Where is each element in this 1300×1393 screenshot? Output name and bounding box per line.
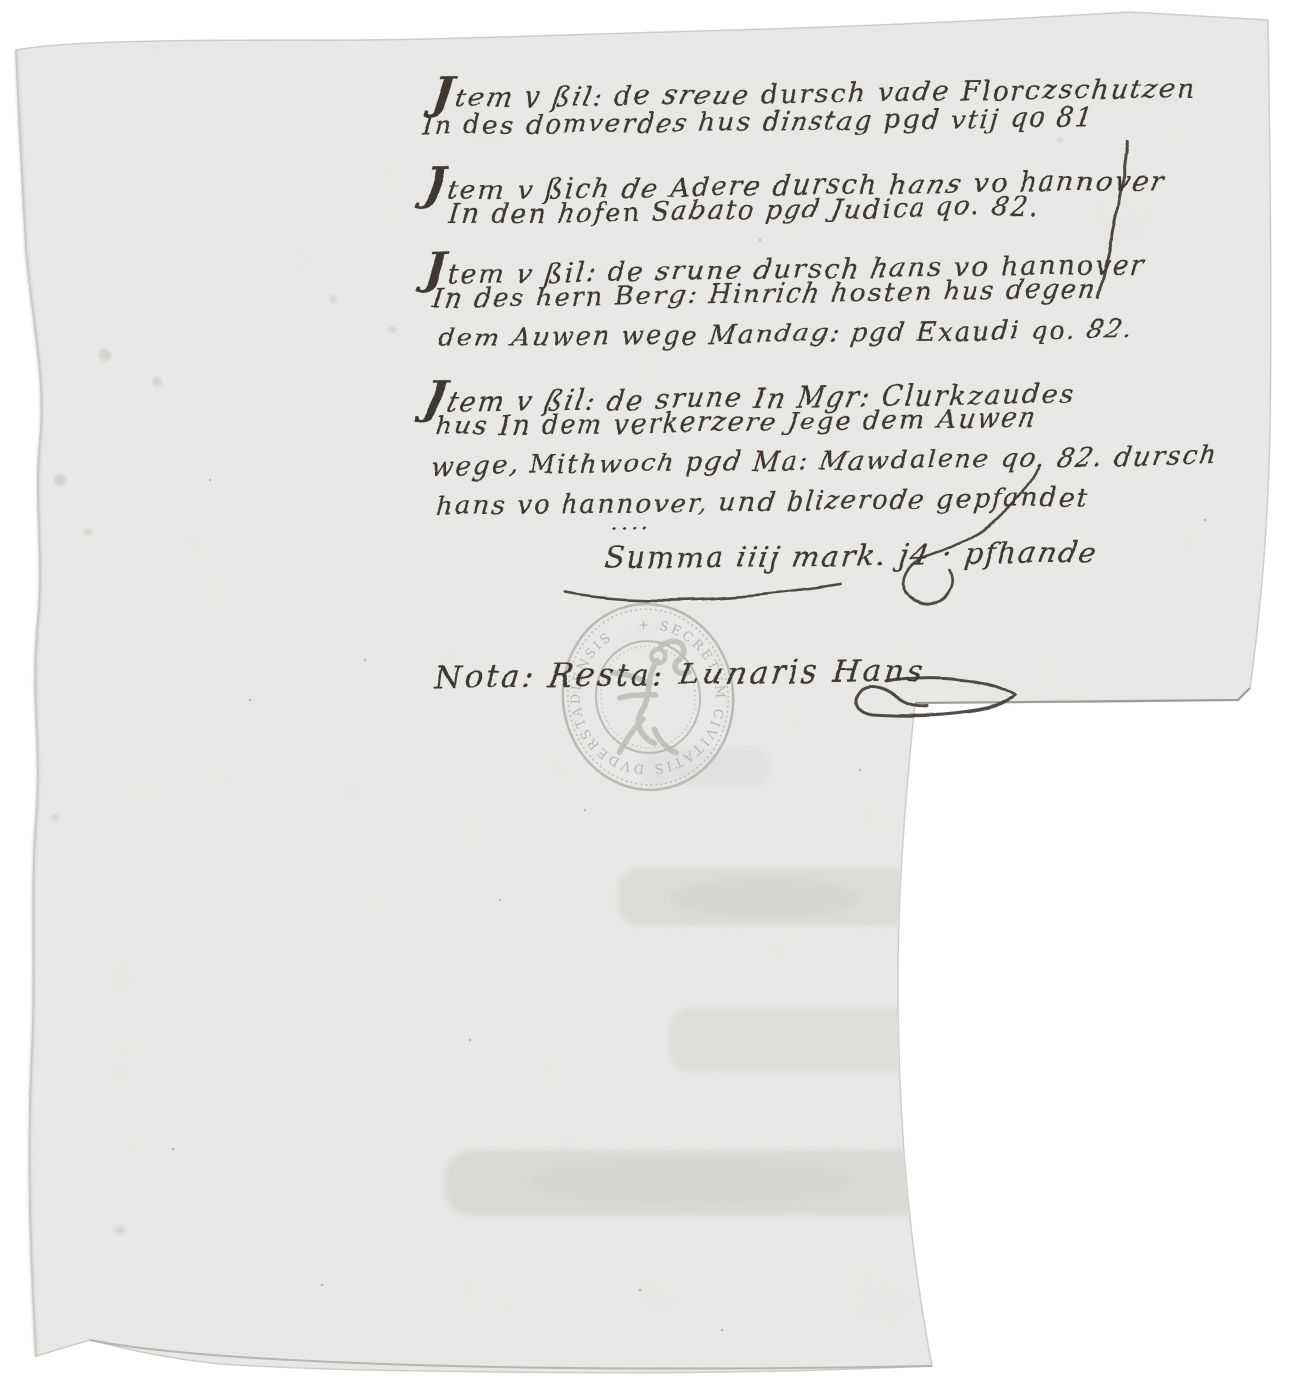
stain-spot <box>51 814 59 822</box>
stain-spot <box>1057 137 1063 143</box>
stain-spot <box>388 326 396 334</box>
manuscript-scan: + SECRETVM CIVITATIS DVDERSTADIENSIS <box>0 0 1300 1393</box>
stain-spot <box>99 349 111 361</box>
stain-spot <box>115 1225 125 1235</box>
scan-background: + SECRETVM CIVITATIS DVDERSTADIENSIS <box>0 0 1300 1393</box>
stain-spot <box>152 377 162 387</box>
stain-spot <box>54 474 66 486</box>
bleedthrough-ghost-band <box>668 1008 930 1072</box>
stain-spot <box>329 295 337 303</box>
stain-spot <box>84 528 92 536</box>
